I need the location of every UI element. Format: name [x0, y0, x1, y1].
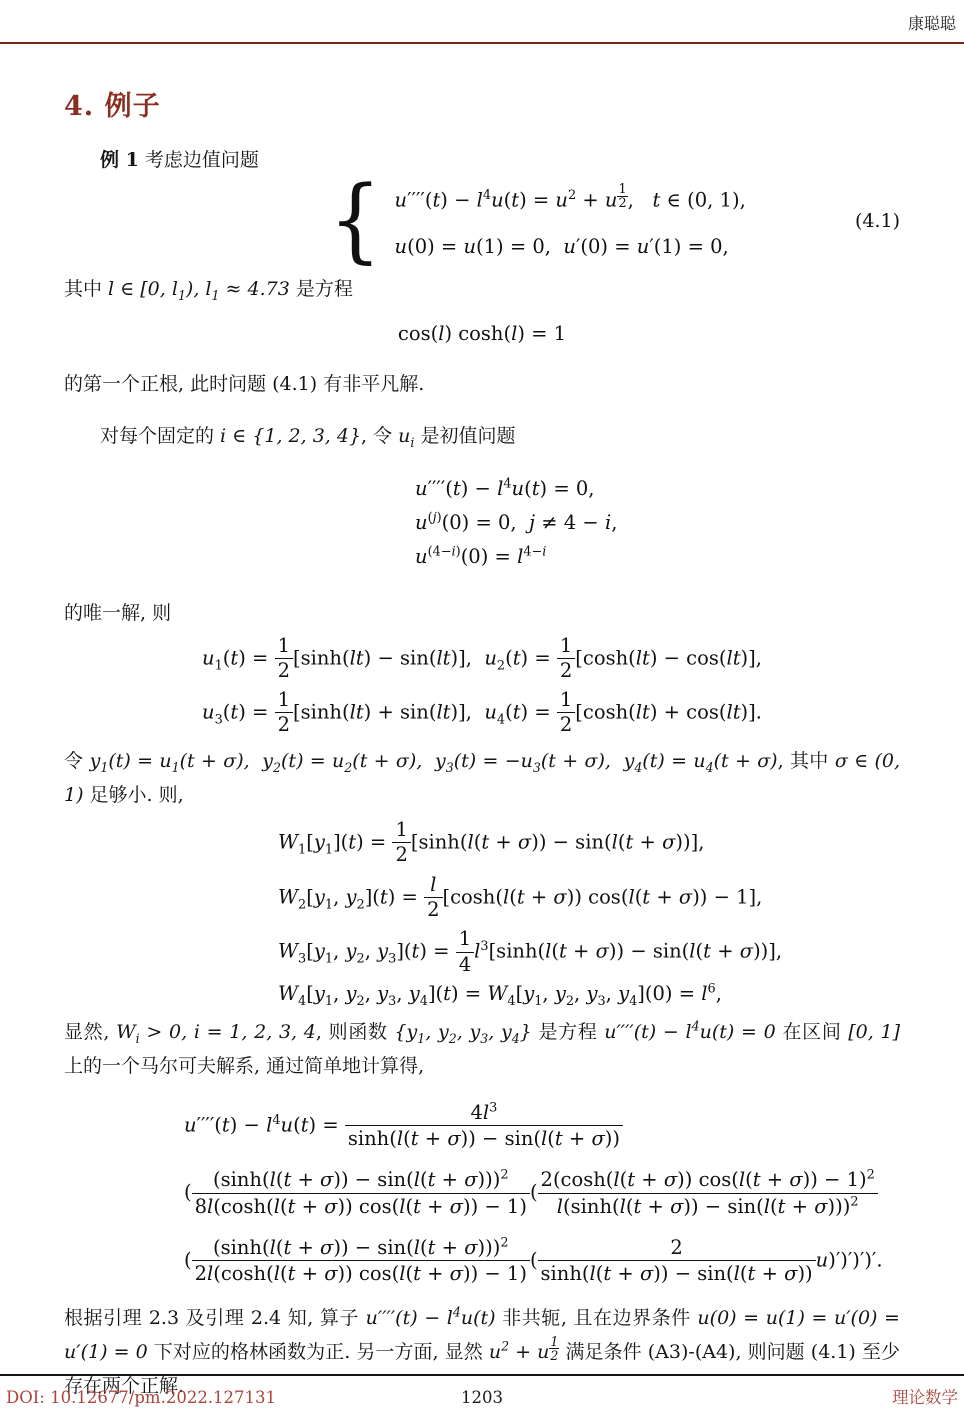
- equation-line: u′′′′(t) − l4u(t) = 4l3sinh(l(t + σ)) − …: [184, 1100, 883, 1152]
- example-label: 例 1: [100, 149, 139, 171]
- footer-journal-name: 理论数学: [542, 1384, 958, 1408]
- equation-cos-cosh: cos(l) cosh(l) = 1: [64, 322, 900, 345]
- equation-factorization: u′′′′(t) − l4u(t) = 4l3sinh(l(t + σ)) − …: [184, 1100, 883, 1287]
- paragraph-y-substitution: 令 y1(t) = u1(t + σ), y2(t) = u2(t + σ), …: [64, 744, 900, 812]
- equation-line: u(0) = u(1) = 0, u′(0) = u′(1) = 0,: [395, 235, 746, 258]
- paragraph-unique-solution: 的唯一解, 则: [64, 596, 900, 630]
- paragraph-domain: 其中 l ∈ [0, l1), l1 ≈ 4.73 是方程: [64, 272, 900, 306]
- paper-page: 康聪聪 4. 例子 例 1 考虑边值问题 { u′′′′(t) − l4u(t)…: [0, 0, 964, 1414]
- equation-wronskians: W1[y1](t) = 12[sinh(l(t + σ)) − sin(l(t …: [278, 818, 782, 1005]
- equation-line: ((sinh(l(t + σ)) − sin(l(t + σ)))28l(cos…: [184, 1167, 883, 1219]
- example-text: 考虑边值问题: [139, 149, 259, 171]
- footer-rule: [0, 1374, 964, 1376]
- footer: DOI: 10.12677/pm.2022.127131 1203 理论数学: [0, 1384, 964, 1408]
- equation-number: (4.1): [855, 210, 900, 232]
- equation-ivp: u′′′′(t) − l4u(t) = 0, u(j)(0) = 0, j ≠ …: [415, 472, 617, 574]
- equation-line: W4[y1, y2, y3, y4](t) = W4[y1, y2, y3, y…: [278, 982, 782, 1005]
- equation-line: W3[y1, y2, y3](t) = 14l3[sinh(l(t + σ)) …: [278, 927, 782, 977]
- equation-line: u′′′′(t) − l4u(t) = 0,: [415, 472, 617, 506]
- paragraph-fixed-i: 对每个固定的 i ∈ {1, 2, 3, 4}, 令 ui 是初值问题: [64, 419, 900, 453]
- paper-content: 4. 例子 例 1 考虑边值问题 { u′′′′(t) − l4u(t) = u…: [0, 84, 964, 1403]
- header-rule: [0, 42, 964, 44]
- equation-line: W1[y1](t) = 12[sinh(l(t + σ)) − sin(l(t …: [278, 818, 782, 868]
- equation-line: ((sinh(l(t + σ)) − sin(l(t + σ)))22l(cos…: [184, 1235, 883, 1287]
- equation-u-functions: u1(t) = 12[sinh(lt) − sin(lt)], u2(t) = …: [64, 634, 900, 738]
- bvp-equation-lines: u′′′′(t) − l4u(t) = u2 + u12, t ∈ (0, 1)…: [395, 183, 746, 258]
- header-author: 康聪聪: [0, 0, 964, 42]
- equation-line: u(j)(0) = 0, j ≠ 4 − i,: [415, 506, 617, 540]
- equation-line: u(4−i)(0) = l4−i: [415, 540, 617, 574]
- footer-doi-link[interactable]: DOI: 10.12677/pm.2022.127131: [6, 1388, 422, 1407]
- equation-line: W2[y1, y2](t) = l2[cosh(l(t + σ)) cos(l(…: [278, 873, 782, 923]
- equation-line: u3(t) = 12[sinh(lt) + sin(lt)], u4(t) = …: [64, 688, 900, 738]
- example-paragraph: 例 1 考虑边值问题: [64, 143, 900, 177]
- section-title: 4. 例子: [64, 84, 900, 123]
- paragraph-first-root: 的第一个正根, 此时问题 (4.1) 有非平凡解.: [64, 367, 900, 401]
- equation-bvp-4-1: { u′′′′(t) − l4u(t) = u2 + u12, t ∈ (0, …: [64, 179, 900, 262]
- footer-page-number: 1203: [422, 1388, 542, 1407]
- equation-line: u′′′′(t) − l4u(t) = u2 + u12, t ∈ (0, 1)…: [395, 183, 746, 211]
- equation-line: u1(t) = 12[sinh(lt) − sin(lt)], u2(t) = …: [64, 634, 900, 684]
- paragraph-markov-system: 显然, Wi > 0, i = 1, 2, 3, 4, 则函数 {y1, y2,…: [64, 1015, 900, 1083]
- left-brace-icon: {: [329, 179, 382, 262]
